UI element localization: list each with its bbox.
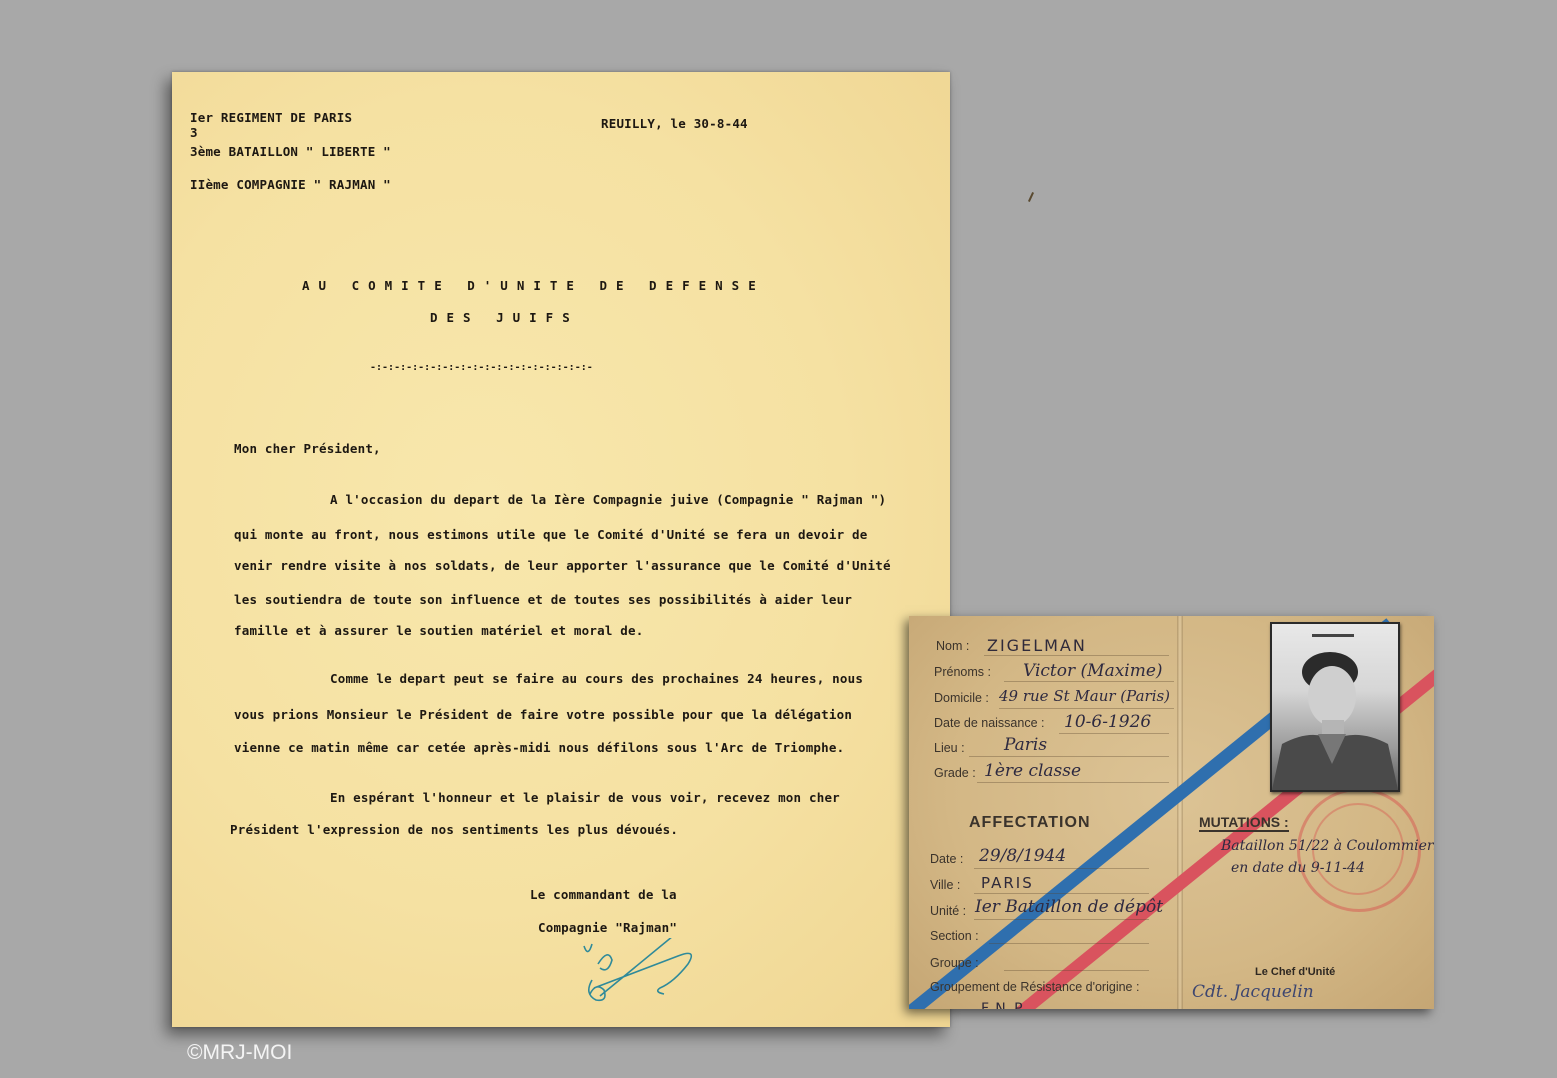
pen-mark [1028,192,1034,202]
letter-title-line1: AU COMITE D'UNITE DE DEFENSE [302,278,765,293]
affectation-value-groupement: F.N.P. [981,1001,1029,1009]
closing-line1: Le commandant de la [530,887,677,902]
mutations-title: MUTATIONS : [1199,814,1289,832]
typed-letter: Ier REGIMENT DE PARIS 3 3ème BATAILLON "… [172,72,950,1027]
field-label-date-naissance: Date de naissance : [934,716,1045,730]
chef-signature: Cdt. Jacquelin [1192,982,1314,1002]
chef-unite-label: Le Chef d'Unité [1255,966,1335,978]
affectation-label-ville: Ville : [930,878,960,892]
mutations-line2: en date du 9-11-44 [1231,860,1365,876]
affectation-title: AFFECTATION [969,814,1091,832]
soldier-photo [1270,622,1400,792]
field-label-nom: Nom : [936,639,969,653]
paragraph1-line4: les soutiendra de toute son influence et… [234,592,852,607]
card-fold [1177,616,1183,1009]
closing-line2: Compagnie "Rajman" [538,920,677,935]
header-regiment: Ier REGIMENT DE PARIS [190,110,352,125]
paragraph1-line2: qui monte au front, nous estimons utile … [234,527,868,542]
copyright-credit: ©MRJ-MOI [187,1041,292,1065]
affectation-value-date: 29/8/1944 [979,846,1066,866]
header-company: IIème COMPAGNIE " RAJMAN " [190,177,391,192]
paragraph1-line3: venir rendre visite à nos soldats, de le… [234,558,891,573]
field-label-domicile: Domicile : [934,691,989,705]
commander-signature [578,938,708,1018]
header-battalion: 3ème BATAILLON " LIBERTE " [190,144,391,159]
paragraph3-line2: Président l'expression de nos sentiments… [230,822,678,837]
field-value-domicile: 49 rue St Maur (Paris) [999,687,1170,705]
affectation-value-ville: PARIS [981,874,1034,892]
military-id-card: Nom : ZIGELMAN Prénoms : Victor (Maxime)… [909,616,1434,1009]
letter-title-line2: DES JUIFS [430,310,579,325]
place-date: REUILLY, le 30-8-44 [601,116,748,131]
paragraph3-line1: En espérant l'honneur et le plaisir de v… [330,790,840,805]
mutations-line1: Bataillon 51/22 à Coulommiers [1221,838,1434,854]
paragraph2-line1: Comme le depart peut se faire au cours d… [330,671,863,686]
field-value-lieu: Paris [1004,735,1047,755]
field-value-grade: 1ère classe [984,761,1081,781]
field-label-lieu: Lieu : [934,741,965,755]
portrait-image [1272,624,1398,790]
paragraph2-line3: vienne ce matin même car cetée après-mid… [234,740,844,755]
field-label-prenoms: Prénoms : [934,665,991,679]
paragraph1-line5: famille et à assurer le soutien matériel… [234,623,643,638]
affectation-value-unite: Ier Bataillon de dépôt [975,897,1163,917]
field-value-date-naissance: 10-6-1926 [1064,712,1151,732]
header-number: 3 [190,125,198,140]
separator-line: -:-:-:-:-:-:-:-:-:-:-:-:-:-:-:-:-:-:- [370,362,593,373]
salutation: Mon cher Président, [234,441,381,456]
field-value-prenoms: Victor (Maxime) [1023,661,1163,681]
paragraph2-line2: vous prions Monsieur le Président de fai… [234,707,852,722]
field-value-nom: ZIGELMAN [987,636,1087,655]
affectation-label-date: Date : [930,852,963,866]
paragraph1-line1: A l'occasion du depart de la Ière Compag… [330,492,886,507]
affectation-label-groupement: Groupement de Résistance d'origine : [930,980,1139,994]
affectation-label-unite: Unité : [930,904,966,918]
affectation-label-section: Section : [930,929,979,943]
affectation-label-groupe: Groupe : [930,956,979,970]
field-label-grade: Grade : [934,766,976,780]
